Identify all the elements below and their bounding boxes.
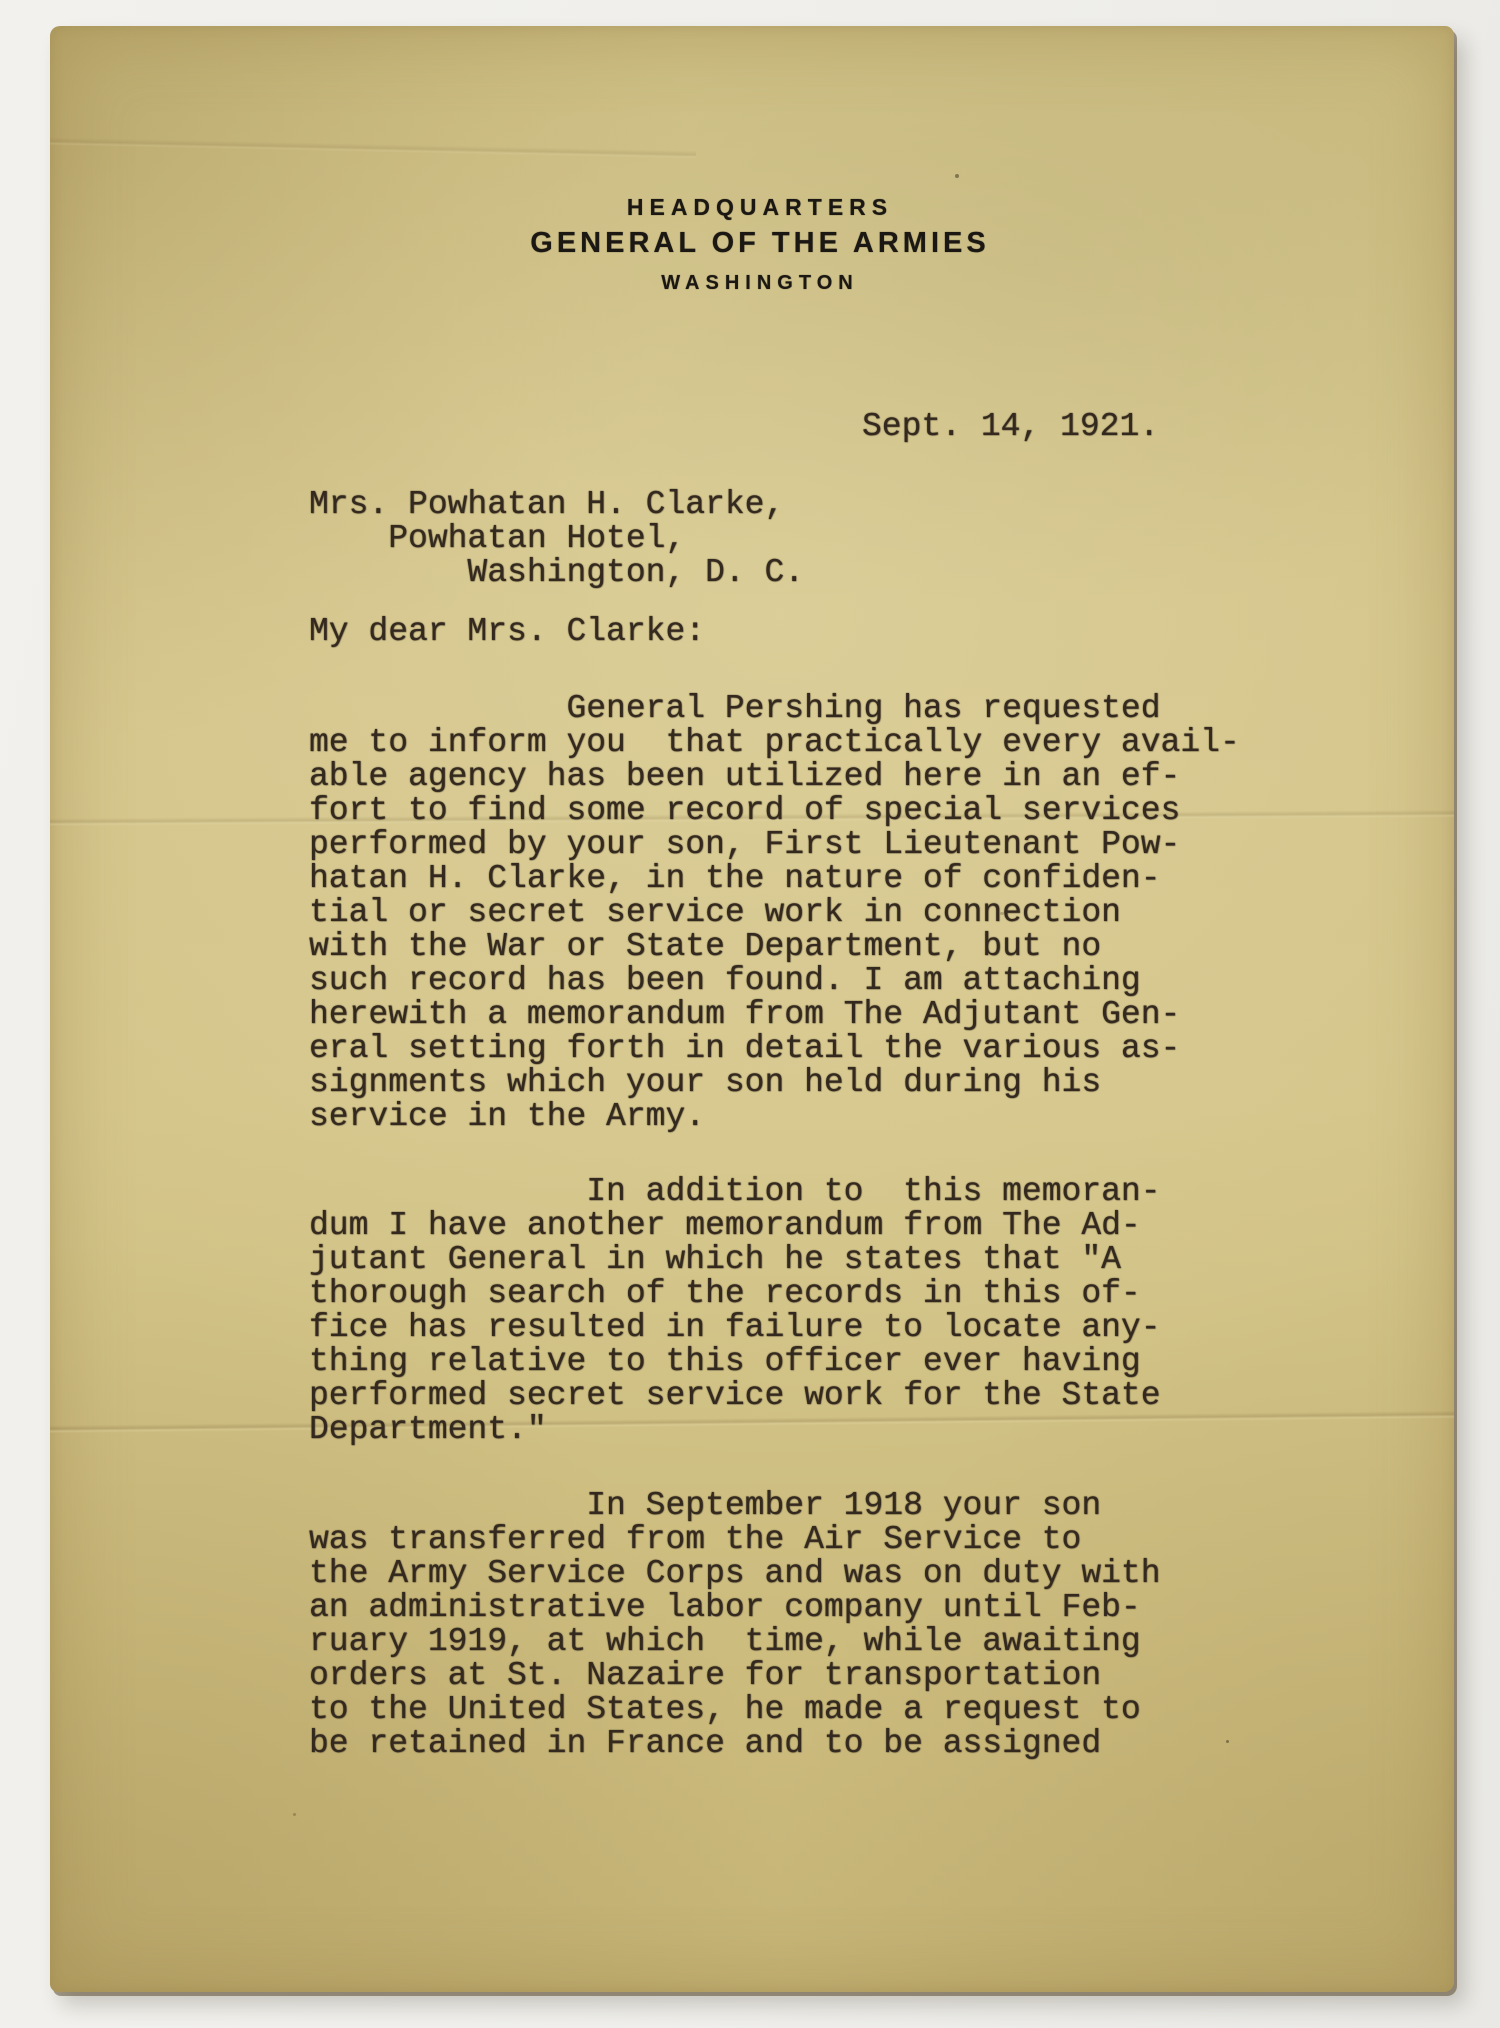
body-paragraph-3: In September 1918 your son was transferr…	[309, 1489, 1161, 1761]
letterhead-city: WASHINGTON	[50, 272, 1470, 295]
paper-speck	[293, 1813, 296, 1816]
recipient-address: Mrs. Powhatan H. Clarke, Powhatan Hotel,…	[309, 488, 804, 590]
letterhead-headquarters: HEADQUARTERS	[50, 194, 1470, 221]
date-line: Sept. 14, 1921.	[862, 410, 1159, 444]
paper-speck	[955, 174, 959, 178]
letter-page: HEADQUARTERS GENERAL OF THE ARMIES WASHI…	[50, 26, 1454, 1992]
body-paragraph-1: General Pershing has requested me to inf…	[309, 692, 1240, 1134]
body-paragraph-2: In addition to this memoran- dum I have …	[309, 1175, 1161, 1447]
salutation: My dear Mrs. Clarke:	[309, 615, 705, 649]
letterhead-office: GENERAL OF THE ARMIES	[50, 227, 1470, 260]
paper-speck	[1226, 1740, 1229, 1743]
scan-background: HEADQUARTERS GENERAL OF THE ARMIES WASHI…	[0, 0, 1500, 2028]
paper-crease	[50, 137, 696, 159]
